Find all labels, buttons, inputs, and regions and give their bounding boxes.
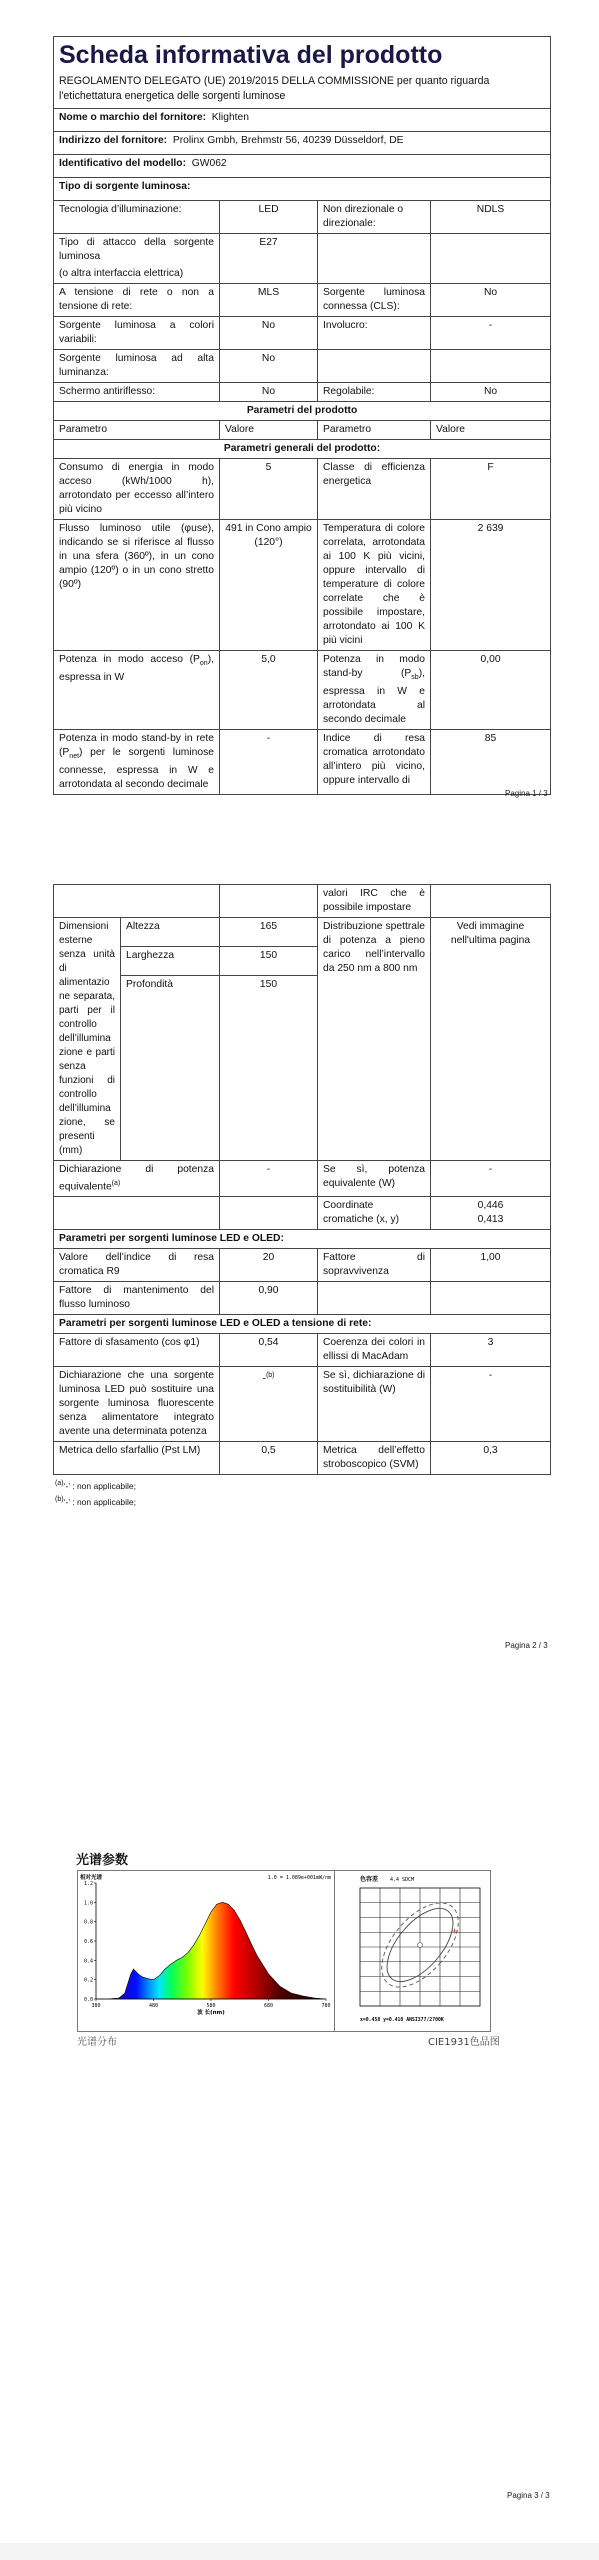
product-info-table-page1: Scheda informativa del prodotto REGOLAME… (53, 36, 551, 795)
dimension-value: 150 (220, 947, 318, 976)
param-label: Metrica dello sfarfallio (Pst LM) (54, 1442, 220, 1475)
section-header: Parametri per sorgenti luminose LED e OL… (54, 1315, 551, 1334)
param-value: 0,3 (431, 1442, 551, 1475)
param-label (318, 1282, 431, 1315)
param-label: Non direzionale o direzionale: (318, 201, 431, 234)
svg-text:580: 580 (206, 2003, 215, 2009)
svg-text:780: 780 (321, 2003, 330, 2009)
param-label: Fattore di sfasamento (cos φ1) (54, 1334, 220, 1367)
chroma-y: 0,413 (436, 1213, 545, 1227)
section-header: Parametri generali del prodotto: (54, 440, 551, 459)
param-value: 1,00 (431, 1249, 551, 1282)
param-label: Consumo di energia in modo acceso (kWh/1… (54, 459, 220, 520)
param-value: F (431, 459, 551, 520)
product-info-table-page2: valori IRC che è possibile impostare Dim… (53, 884, 551, 1475)
section-header: Parametri del prodotto (54, 402, 551, 421)
spectrum-heading: 光谱参数 (76, 1849, 496, 1868)
svg-text:4.4 SDCM: 4.4 SDCM (390, 1877, 414, 1883)
param-label (318, 234, 431, 284)
param-value: No (220, 317, 318, 350)
svg-text:1.0 = 1.089e+001mW/nm: 1.0 = 1.089e+001mW/nm (268, 1875, 331, 1881)
dimension-value: 150 (220, 976, 318, 1161)
dimension-label: Larghezza (121, 947, 220, 976)
svg-text:680: 680 (264, 2003, 273, 2009)
param-value (431, 350, 551, 383)
spd-value: Vedi immagine nell'ultima pagina (431, 918, 551, 1161)
param-label: Valore dell’indice di resa cromatica R9 (54, 1249, 220, 1282)
equivalent-power-row: Dichiarazione di potenza equivalente(a) … (54, 1161, 551, 1197)
param-label: Sorgente luminosa ad alta luminanza: (54, 350, 220, 383)
param-label: A tensione di rete o non a tensione di r… (54, 284, 220, 317)
model-id: GW062 (192, 158, 227, 169)
param-value: MLS (220, 284, 318, 317)
param-label: Sorgente luminosa a colori variabili: (54, 317, 220, 350)
mains-row: Dichiarazione che una sorgente luminosa … (54, 1367, 551, 1442)
svg-text:1.0: 1.0 (84, 1900, 93, 1906)
param-value: LED (220, 201, 318, 234)
footnotes: (a)‘-’ : non applicabile; (b)‘-’ : non a… (53, 1477, 550, 1509)
param-label: Temperatura di colore correlata, arroton… (318, 520, 431, 651)
supplier-address-label: Indirizzo del fornitore: (59, 135, 167, 146)
param-label: Dichiarazione di potenza equivalente(a) (54, 1161, 220, 1197)
type-row: Tecnologia d’illuminazione: LED Non dire… (54, 201, 551, 234)
chromaticity-row: Coordinate cromatiche (x, y) 0,4460,413 (54, 1197, 551, 1230)
section-header: Parametri per sorgenti luminose LED e OL… (54, 1230, 551, 1249)
mains-header-row: Parametri per sorgenti luminose LED e OL… (54, 1315, 551, 1334)
param-value: 3 (431, 1334, 551, 1367)
param-label: Dichiarazione che una sorgente luminosa … (54, 1367, 220, 1442)
source-type-row: Tipo di sorgente luminosa: (54, 178, 551, 201)
led-header-row: Parametri per sorgenti luminose LED e OL… (54, 1230, 551, 1249)
param-value: 0,5 (220, 1442, 318, 1475)
param-value: No (431, 383, 551, 402)
param-label: Fattore di mantenimento del flusso lumin… (54, 1282, 220, 1315)
dimension-label: Profondità (121, 976, 220, 1161)
footnote: (b)‘-’ : non applicabile; (55, 1493, 550, 1509)
param-label: Potenza in modo acceso (Pon), espressa i… (54, 651, 220, 730)
dimensions-label: Dimensioni esterne senza unità di alimen… (54, 918, 121, 1161)
supplier-name: Klighten (212, 112, 249, 123)
param-value: 20 (220, 1249, 318, 1282)
param-label: Coordinate cromatiche (x, y) (318, 1197, 431, 1230)
param-value: 0,54 (220, 1334, 318, 1367)
param-value: 0,4460,413 (431, 1197, 551, 1230)
param-value: 2 639 (431, 520, 551, 651)
param-label: Involucro: (318, 317, 431, 350)
viewer-background-strip (0, 2543, 599, 2560)
cri-continuation-row: valori IRC che è possibile impostare (54, 885, 551, 918)
param-value (431, 1282, 551, 1315)
dimension-value: 165 (220, 918, 318, 947)
param-label: valori IRC che è possibile impostare (318, 885, 431, 918)
svg-text:0.8: 0.8 (84, 1920, 93, 1926)
param-label: Tecnologia d’illuminazione: (54, 201, 220, 234)
svg-text:x=0.458 y=0.410 ANSI377/2700K: x=0.458 y=0.410 ANSI377/2700K (360, 2017, 444, 2023)
page-1: Scheda informativa del prodotto REGOLAME… (53, 36, 550, 795)
svg-text:相对光谱: 相对光谱 (79, 1873, 103, 1881)
supplier-name-row: Nome o marchio del fornitore: Klighten (54, 109, 551, 132)
spectrum-chart: 0.00.20.40.60.81.01.2380480580680780波 长(… (78, 1871, 333, 2029)
spd-label: Distribuzione spettrale di potenza a pie… (318, 918, 431, 1161)
chroma-x: 0,446 (436, 1199, 545, 1213)
param-label: Fattore di sopravvivenza (318, 1249, 431, 1282)
params-header-row: Parametri del prodotto (54, 402, 551, 421)
param-value: No (220, 350, 318, 383)
param-label: Tipo di attacco della sorgente luminosa (59, 236, 214, 264)
svg-text:480: 480 (149, 2003, 158, 2009)
mains-row: Fattore di sfasamento (cos φ1) 0,54 Coer… (54, 1334, 551, 1367)
param-value: -(b) (220, 1367, 318, 1442)
svg-text:0.4: 0.4 (84, 1958, 93, 1964)
page-2: valori IRC che è possibile impostare Dim… (53, 884, 550, 1509)
type-row: Sorgente luminosa a colori variabili: No… (54, 317, 551, 350)
param-label: Coerenza dei colori in ellissi di MacAda… (318, 1334, 431, 1367)
model-label: Identificativo del modello: (59, 158, 186, 169)
param-label: Potenza in modo stand-by in rete (Pnet) … (54, 730, 220, 795)
param-label: Regolabile: (318, 383, 431, 402)
param-label-note: (o altra interfaccia elettrica) (59, 267, 214, 281)
page-number: Pagina 1 / 3 (505, 789, 548, 798)
param-value: NDLS (431, 201, 551, 234)
type-row: Schermo antiriflesso: No Regolabile: No (54, 383, 551, 402)
param-label: Se sì, dichiarazione di sostituibilità (… (318, 1367, 431, 1442)
supplier-name-label: Nome o marchio del fornitore: (59, 112, 206, 123)
param-value: - (431, 1161, 551, 1197)
general-header-row: Parametri generali del prodotto: (54, 440, 551, 459)
param-label: Schermo antiriflesso: (54, 383, 220, 402)
dimension-label: Altezza (121, 918, 220, 947)
param-label: Sorgente luminosa connessa (CLS): (318, 284, 431, 317)
regulation-text: REGOLAMENTO DELEGATO (UE) 2019/2015 DELL… (59, 74, 545, 104)
column-header: Parametro (318, 421, 431, 440)
svg-text:0.2: 0.2 (84, 1978, 93, 1984)
svg-text:380: 380 (91, 2003, 100, 2009)
type-row: Tipo di attacco della sorgente luminosa(… (54, 234, 551, 284)
supplier-address: Prolinx Gmbh, Brehmstr 56, 40239 Düsseld… (173, 135, 404, 146)
svg-text:色容差: 色容差 (360, 1875, 378, 1883)
supplier-address-row: Indirizzo del fornitore: Prolinx Gmbh, B… (54, 132, 551, 155)
param-value: - (431, 317, 551, 350)
page-number: Pagina 2 / 3 (505, 1641, 548, 1650)
svg-text:0.6: 0.6 (84, 1939, 93, 1945)
cie-caption: CIE1931色品图 (428, 2033, 500, 2048)
title-row: Scheda informativa del prodotto REGOLAME… (54, 37, 551, 109)
source-type-label: Tipo di sorgente luminosa: (54, 178, 551, 201)
general-row: Consumo di energia in modo acceso (kWh/1… (54, 459, 551, 520)
page-number: Pagina 3 / 3 (507, 2491, 550, 2500)
svg-text:1.2: 1.2 (84, 1881, 93, 1887)
param-label (318, 350, 431, 383)
dimensions-row: Dimensioni esterne senza unità di alimen… (54, 918, 551, 947)
column-header: Valore (431, 421, 551, 440)
column-header: Parametro (54, 421, 220, 440)
param-value: E27 (220, 234, 318, 284)
column-header-row: Parametro Valore Parametro Valore (54, 421, 551, 440)
param-label: Se sì, potenza equivalente (W) (318, 1161, 431, 1197)
general-row: Potenza in modo stand-by in rete (Pnet) … (54, 730, 551, 795)
model-row: Identificativo del modello: GW062 (54, 155, 551, 178)
general-row: Potenza in modo acceso (Pon), espressa i… (54, 651, 551, 730)
param-value: No (431, 284, 551, 317)
param-value: - (220, 1161, 318, 1197)
cie-chart: 色容差4.4 SDCMx=0.458 y=0.410 ANSI377/2700K (340, 1871, 488, 2029)
type-row: Sorgente luminosa ad alta luminanza: No (54, 350, 551, 383)
param-value (431, 234, 551, 284)
svg-text:波 长(nm): 波 长(nm) (197, 2008, 225, 2016)
page-3: 光谱参数 (76, 1849, 496, 1868)
param-label: Metrica dell’effetto stroboscopico (SVM) (318, 1442, 431, 1475)
param-label: Classe di efficienza energetica (318, 459, 431, 520)
general-row: Flusso luminoso utile (φuse), indicando … (54, 520, 551, 651)
param-value: 0,90 (220, 1282, 318, 1315)
param-value: 85 (431, 730, 551, 795)
mains-row: Metrica dello sfarfallio (Pst LM) 0,5 Me… (54, 1442, 551, 1475)
param-value: No (220, 383, 318, 402)
spectrum-caption: 光谱分布 (77, 2033, 117, 2048)
param-value: 491 in Cono ampio (120°) (220, 520, 318, 651)
led-row: Fattore di mantenimento del flusso lumin… (54, 1282, 551, 1315)
param-label: Potenza in modo stand-by (Psb), espressa… (318, 651, 431, 730)
led-row: Valore dell’indice di resa cromatica R9 … (54, 1249, 551, 1282)
type-row: A tensione di rete o non a tensione di r… (54, 284, 551, 317)
param-value: 5 (220, 459, 318, 520)
param-value: 5,0 (220, 651, 318, 730)
param-value: - (431, 1367, 551, 1442)
document-title: Scheda informativa del prodotto (59, 39, 545, 71)
param-label: Flusso luminoso utile (φuse), indicando … (54, 520, 220, 651)
param-value: 0,00 (431, 651, 551, 730)
param-label: Indice di resa cromatica arrotondato all… (318, 730, 431, 795)
chart-divider (334, 1870, 335, 2031)
param-value: - (220, 730, 318, 795)
footnote: (a)‘-’ : non applicabile; (55, 1477, 550, 1493)
column-header: Valore (220, 421, 318, 440)
